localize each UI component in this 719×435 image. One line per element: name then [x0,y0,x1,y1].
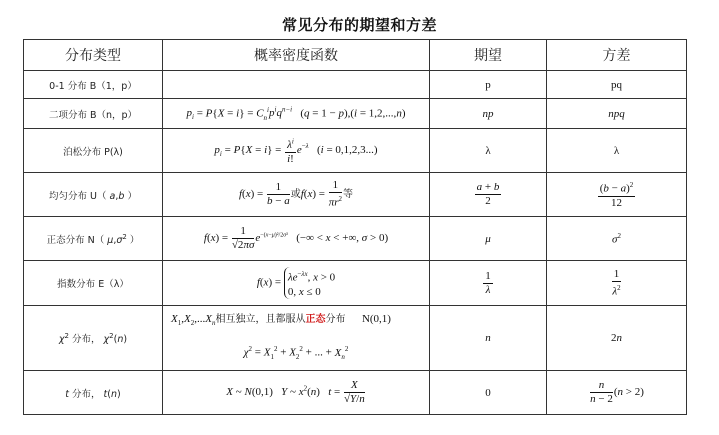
header-expectation: 期望 [430,40,547,71]
table-row: χ2 分布， χ2(n) X1,X2,...Xn相互独立，且都服从正态分布 N(… [24,306,687,371]
row-expectation: μ [430,217,547,261]
row-expectation: n [430,306,547,371]
header-type: 分布类型 [24,40,163,71]
highlighted-text: 正态 [305,314,325,325]
header-pdf: 概率密度函数 [163,40,430,71]
table-row: 二项分布 B（n，p） pi = P{X = i} = Cnipiqn−i (q… [24,99,687,129]
row-type: 泊松分布 P(λ) [24,129,163,173]
table-row: 正态分布 N（ μ,σ2 ） f(x) = 1√2πσe−(x−μ)²/2σ² … [24,217,687,261]
row-pdf: X ~ N(0,1) Y ~ x2(n) t = X√Y/n [163,371,430,415]
row-type: χ2 分布， χ2(n) [24,306,163,371]
row-variance: pq [547,71,687,99]
row-variance: 1λ2 [547,261,687,306]
row-variance: nn − 2(n > 2) [547,371,687,415]
row-variance: σ2 [547,217,687,261]
table-row: 指数分布 E（λ） f(x) = λe−λx, x > 00, x ≤ 0 1λ… [24,261,687,306]
row-pdf: f(x) = λe−λx, x > 00, x ≤ 0 [163,261,430,306]
header-row: 分布类型 概率密度函数 期望 方差 [24,40,687,71]
table-row: 0-1 分布 B（1，p） p pq [24,71,687,99]
row-type: 0-1 分布 B（1，p） [24,71,163,99]
row-pdf: f(x) = 1√2πσe−(x−μ)²/2σ² (−∞ < x < +∞, σ… [163,217,430,261]
row-pdf: X1,X2,...Xn相互独立，且都服从正态分布 N(0,1) χ2 = X12… [163,306,430,371]
distribution-table: 分布类型 概率密度函数 期望 方差 0-1 分布 B（1，p） p pq 二项分… [23,39,687,415]
row-pdf: pi = P{X = i} = λii!e−λ (i = 0,1,2,3...) [163,129,430,173]
row-variance: λ [547,129,687,173]
row-variance: (b − a)212 [547,173,687,217]
row-variance: npq [547,99,687,129]
row-type: 指数分布 E（λ） [24,261,163,306]
table-row: 均匀分布 U（ a,b ） f(x) = 1b − a或f(x) = 1πr2等… [24,173,687,217]
row-expectation: np [430,99,547,129]
row-pdf: pi = P{X = i} = Cnipiqn−i (q = 1 − p),(i… [163,99,430,129]
header-variance: 方差 [547,40,687,71]
row-variance: 2n [547,306,687,371]
row-expectation: 1λ [430,261,547,306]
row-type: 二项分布 B（n，p） [24,99,163,129]
row-pdf: f(x) = 1b − a或f(x) = 1πr2等 [163,173,430,217]
page-title: 常见分布的期望和方差 [0,14,719,35]
row-type: 正态分布 N（ μ,σ2 ） [24,217,163,261]
row-expectation: p [430,71,547,99]
table-row: t 分布， t(n) X ~ N(0,1) Y ~ x2(n) t = X√Y/… [24,371,687,415]
row-expectation: λ [430,129,547,173]
table-row: 泊松分布 P(λ) pi = P{X = i} = λii!e−λ (i = 0… [24,129,687,173]
row-pdf [163,71,430,99]
row-type: t 分布， t(n) [24,371,163,415]
row-expectation: a + b2 [430,173,547,217]
row-type: 均匀分布 U（ a,b ） [24,173,163,217]
row-expectation: 0 [430,371,547,415]
